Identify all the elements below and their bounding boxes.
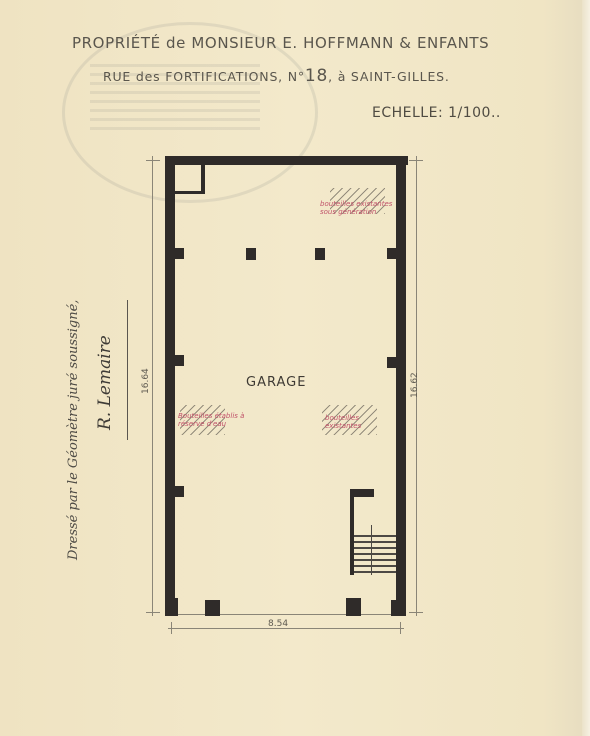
wall-top [165,156,408,165]
dimension-tick [146,160,160,161]
pier [387,248,396,259]
pier [387,357,396,368]
stair-wall-left [350,489,354,575]
property-title: PROPRIÉTÉ de MONSIEUR E. HOFFMANN & ENFA… [72,34,489,52]
pier-bottom [346,598,361,616]
opening-line [220,614,346,615]
dimension-line-left [152,156,153,616]
pier [315,248,325,260]
annotation-left: Bouteilles établis à réserve d'eau [178,412,248,428]
stair-step [354,541,396,543]
dimension-tick [409,612,423,613]
signature-flourish [127,300,128,440]
scale-label: ECHELLE: 1/100.. [372,105,501,121]
stair-step [354,571,396,573]
pier-bottom [205,600,220,616]
pier [246,248,256,260]
partition-stub [175,191,205,194]
dimension-tick [400,622,401,634]
wall-left [165,156,175,616]
stair-arrow [371,525,372,575]
pier-bottom-left [165,598,178,616]
wall-right [396,156,406,616]
dimension-right-depth: 16.62 [410,372,420,398]
pier [175,486,184,497]
room-label-garage: GARAGE [246,375,306,390]
stair-step [354,559,396,561]
annotation-right: bouteilles existantes [325,414,390,430]
stair-step [354,547,396,549]
dimension-tick [171,622,172,634]
partition-top-left [201,165,205,193]
stair-step [354,553,396,555]
street-number: 18 [305,66,328,86]
dimension-tick [409,160,423,161]
surveyor-signature: R. Lemaire [95,335,115,430]
paper-edge [582,0,590,736]
address-line: RUE des FORTIFICATIONS, N°18, à SAINT-GI… [103,66,450,86]
pier-bottom-right [391,600,406,616]
pier [175,248,184,259]
opening-line [178,614,205,615]
stair-step [354,535,396,537]
annotation-top-right: bouteilles existantes sous génération [320,200,395,216]
dimension-width: 8.54 [268,619,288,629]
stair-step [354,565,396,567]
pier [175,355,184,366]
opening-line [361,614,391,615]
dimension-left-depth: 16.64 [141,368,151,394]
surveyor-caption: Dressé par le Géomètre juré soussigné, [66,300,81,560]
dimension-tick [146,612,160,613]
